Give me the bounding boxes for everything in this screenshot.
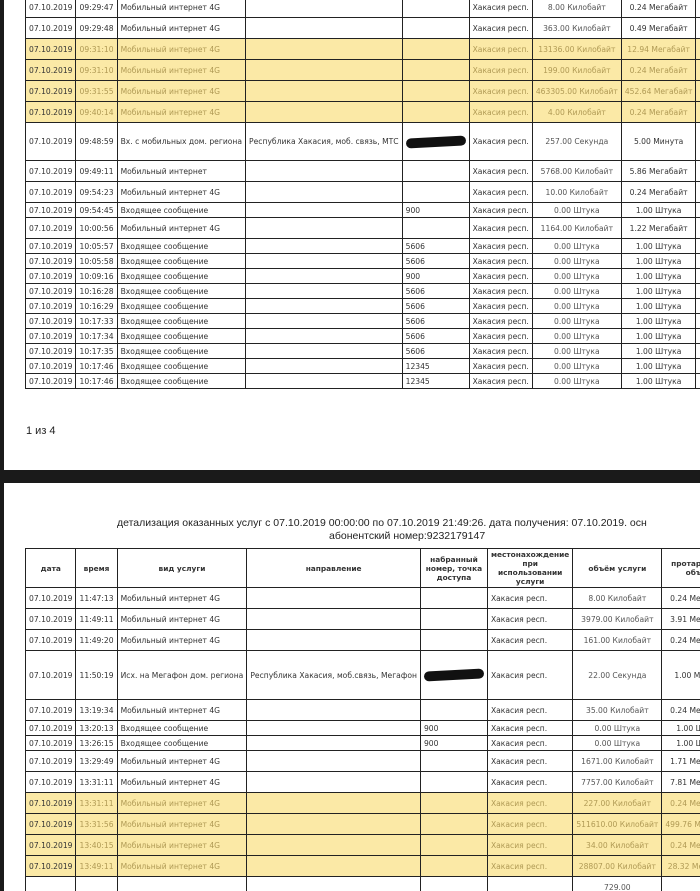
cell-volume: 199.00 Килобайт	[532, 60, 621, 81]
cell-service: Входящее сообщение	[117, 269, 245, 284]
cell-volume: 28807.00 Килобайт	[573, 856, 662, 877]
cell-location: Хакасия респ.	[487, 630, 572, 651]
cell-time: 10:17:46	[76, 359, 117, 374]
table-row: 07.10.201910:16:29Входящее сообщение5606…	[26, 299, 700, 314]
cell-time: 09:31:10	[76, 39, 117, 60]
billing-table-page-1: 07.10.201909:29:47Мобильный интернет 4GХ…	[25, 0, 700, 389]
header-time: время	[76, 549, 117, 588]
cell-extra	[696, 161, 700, 182]
cell-tariffed: 1.00 Штука	[621, 239, 696, 254]
cell-number	[420, 588, 487, 609]
cell-location: Хакасия респ.	[487, 856, 572, 877]
cell-location: Хакасия респ.	[487, 700, 572, 721]
cell-volume: 227.00 Килобайт	[573, 793, 662, 814]
cell-direction	[246, 60, 403, 81]
billing-page-2: детализация оказанных услуг с 07.10.2019…	[4, 483, 700, 891]
cell-location: Хакасия респ.	[469, 254, 532, 269]
cell-tariffed: 12.94 Мегабайт	[621, 39, 696, 60]
cell-extra	[696, 0, 700, 18]
cell-direction	[247, 772, 421, 793]
cell-direction	[246, 182, 403, 203]
cell-volume: 3979.00 Килобайт	[573, 609, 662, 630]
cell-time: 13:31:11	[76, 772, 117, 793]
cell-number	[420, 700, 487, 721]
cell-number	[420, 793, 487, 814]
cell-service: Мобильный интернет 4G	[117, 814, 247, 835]
cell-date: 07.10.2019	[26, 736, 76, 751]
cell-tariffed: 0.24 Мегабайт	[662, 588, 700, 609]
cell-volume: 0.00 Штука	[532, 344, 621, 359]
cell-date: 07.10.2019	[26, 123, 76, 161]
cell-service: Входящее сообщение	[117, 239, 245, 254]
cell-extra	[696, 218, 700, 239]
table-row: 07.10.201911:49:20Мобильный интернет 4GХ…	[26, 630, 700, 651]
cell-date: 07.10.2019	[26, 856, 76, 877]
cell-number: 5606	[402, 299, 469, 314]
page-counter: 1 из 4	[26, 425, 56, 437]
header-direction: направление	[247, 549, 421, 588]
cell-number: 12345	[402, 374, 469, 389]
cell-volume: 8.00 Килобайт	[573, 588, 662, 609]
cell-direction	[246, 359, 403, 374]
cell-number: 5606	[402, 314, 469, 329]
billing-page-1: 07.10.201909:29:47Мобильный интернет 4GХ…	[4, 0, 700, 470]
cell-location: Хакасия респ.	[469, 299, 532, 314]
cell-time: 10:05:57	[76, 239, 117, 254]
table-row: 07.10.201910:17:33Входящее сообщение5606…	[26, 314, 700, 329]
cell-direction	[246, 374, 403, 389]
cell-service: Вх. с мобильных дом. региона	[117, 123, 245, 161]
cell-number	[420, 877, 487, 891]
cell-location: Хакасия респ.	[469, 182, 532, 203]
cell-volume: 34.00 Килобайт	[573, 835, 662, 856]
cell-location: Хакасия респ.	[469, 81, 532, 102]
cell-volume: 1164.00 Килобайт	[532, 218, 621, 239]
cell-service: Входящее сообщение	[117, 344, 245, 359]
table-row: 07.10.201913:31:11Мобильный интернет 4GХ…	[26, 793, 700, 814]
cell-direction	[246, 102, 403, 123]
cell-tariffed: 1.00 Штука	[621, 269, 696, 284]
cell-time: 13:29:49	[76, 751, 117, 772]
cell-location: Хакасия респ.	[469, 329, 532, 344]
cell-direction	[247, 609, 421, 630]
cell-direction	[246, 344, 403, 359]
cell-date: 07.10.2019	[26, 835, 76, 856]
cell-time: 13:31:56	[76, 814, 117, 835]
cell-time: 09:40:14	[76, 102, 117, 123]
cell-number	[420, 609, 487, 630]
cell-service: Входящее сообщение	[117, 359, 245, 374]
cell-location: Хакасия респ.	[487, 814, 572, 835]
cell-time: 09:54:45	[76, 203, 117, 218]
cell-extra	[696, 123, 700, 161]
cell-number: 12345	[402, 359, 469, 374]
cell-service: Мобильный интернет 4G	[117, 39, 245, 60]
cell-extra	[696, 314, 700, 329]
cell-direction	[247, 793, 421, 814]
cell-time: 09:29:48	[76, 18, 117, 39]
cell-date: 07.10.2019	[26, 81, 76, 102]
cell-direction: Республика Хакасия, моб. связь, МТС	[246, 123, 403, 161]
cell-location: Хакасия респ.	[487, 835, 572, 856]
cell-time: 10:17:34	[76, 329, 117, 344]
cell-number: 5606	[402, 239, 469, 254]
cell-volume: 0.00 Штука	[532, 359, 621, 374]
cell-service: Мобильный интернет 4G	[117, 793, 247, 814]
cell-date: 07.10.2019	[26, 203, 76, 218]
cell-service: Мобильный интернет 4G	[117, 751, 247, 772]
cell-volume: 463305.00 Килобайт	[532, 81, 621, 102]
cell-tariffed: 5.86 Мегабайт	[621, 161, 696, 182]
table-row: 07.10.201910:05:58Входящее сообщение5606…	[26, 254, 700, 269]
cell-number: 5606	[402, 329, 469, 344]
cell-direction	[247, 751, 421, 772]
cell-direction	[247, 736, 421, 751]
cell-time: 09:29:47	[76, 0, 117, 18]
cell-number: 900	[402, 203, 469, 218]
cell-volume: 8.00 Килобайт	[532, 0, 621, 18]
cell-date: 07.10.2019	[26, 374, 76, 389]
cell-extra	[696, 239, 700, 254]
cell-time: 10:09:16	[76, 269, 117, 284]
cell-service: Мобильный интернет 4G	[117, 218, 245, 239]
table-row: 07.10.201909:29:48Мобильный интернет 4GХ…	[26, 18, 700, 39]
cell-extra	[696, 269, 700, 284]
cell-service: Мобильный интернет 4G	[117, 835, 247, 856]
cell-extra	[696, 299, 700, 314]
cell-date: 07.10.2019	[26, 239, 76, 254]
table-row: 07.10.201909:31:10Мобильный интернет 4GХ…	[26, 60, 700, 81]
cell-extra	[696, 344, 700, 359]
cell-time: 13:40:15	[76, 835, 117, 856]
cell-date: 07.10.2019	[26, 269, 76, 284]
cell-volume: 0.00 Штука	[532, 254, 621, 269]
cell-tariffed: 0.24 Мегабайт	[621, 102, 696, 123]
cell-tariffed: 0.24 Мегабайт	[662, 793, 700, 814]
table-row: 07.10.201909:31:55Мобильный интернет 4GХ…	[26, 81, 700, 102]
cell-tariffed: 5.00 Минута	[621, 123, 696, 161]
cell-service: Входящее сообщение	[117, 329, 245, 344]
cell-service: Входящее сообщение	[117, 736, 247, 751]
redacted-number-mark	[405, 135, 465, 148]
cell-volume: 0.00 Штука	[532, 284, 621, 299]
cell-location: Хакасия респ.	[469, 161, 532, 182]
cell-service: Входящее сообщение	[117, 284, 245, 299]
cell-date: 07.10.2019	[26, 700, 76, 721]
cell-location	[487, 877, 572, 891]
cell-date: 07.10.2019	[26, 721, 76, 736]
cell-location: Хакасия респ.	[487, 793, 572, 814]
cell-tariffed: 1.00 Штука	[662, 736, 700, 751]
table-row: 07.10.201913:19:34Мобильный интернет 4GХ…	[26, 700, 700, 721]
cell-tariffed: 0.24 Мегабайт	[621, 0, 696, 18]
cell-extra	[696, 254, 700, 269]
cell-volume: 257.00 Секунда	[532, 123, 621, 161]
table-row: 07.10.201910:17:46Входящее сообщение1234…	[26, 359, 700, 374]
cell-date: 07.10.2019	[26, 630, 76, 651]
cell-location: Хакасия респ.	[469, 344, 532, 359]
cell-time	[76, 877, 117, 891]
cell-service: Мобильный интернет 4G	[117, 630, 247, 651]
cell-direction	[247, 814, 421, 835]
document-title: детализация оказанных услуг с 07.10.2019…	[117, 517, 647, 529]
cell-direction: Республика Хакасия, моб.связь, Мегафон	[247, 651, 421, 700]
cell-extra	[696, 284, 700, 299]
cell-location: Хакасия респ.	[469, 18, 532, 39]
cell-direction	[247, 700, 421, 721]
cell-date: 07.10.2019	[26, 218, 76, 239]
cell-volume: 0.00 Штука	[532, 329, 621, 344]
cell-direction	[246, 161, 403, 182]
cell-volume: 0.00 Штука	[532, 239, 621, 254]
cell-tariffed: 1.00 Штука	[621, 203, 696, 218]
cell-service: Входящее сообщение	[117, 254, 245, 269]
table-row: 729.00	[26, 877, 700, 891]
cell-direction	[246, 39, 403, 60]
header-number: набранный номер, точка доступа	[420, 549, 487, 588]
cell-number	[420, 814, 487, 835]
cell-extra	[696, 203, 700, 218]
table-row: 07.10.201910:16:28Входящее сообщение5606…	[26, 284, 700, 299]
table-row: 07.10.201913:20:13Входящее сообщение900Х…	[26, 721, 700, 736]
table-row: 07.10.201911:47:13Мобильный интернет 4GХ…	[26, 588, 700, 609]
cell-volume: 4.00 Килобайт	[532, 102, 621, 123]
cell-direction	[246, 284, 403, 299]
cell-location: Хакасия респ.	[487, 588, 572, 609]
cell-service: Входящее сообщение	[117, 299, 245, 314]
cell-tariffed: 0.24 Мегабайт	[662, 700, 700, 721]
cell-location: Хакасия респ.	[469, 203, 532, 218]
table-row: 07.10.201913:26:15Входящее сообщение900Х…	[26, 736, 700, 751]
cell-time: 10:16:28	[76, 284, 117, 299]
cell-service: Мобильный интернет 4G	[117, 102, 245, 123]
cell-time: 09:31:55	[76, 81, 117, 102]
cell-number	[402, 218, 469, 239]
cell-volume: 35.00 Килобайт	[573, 700, 662, 721]
cell-tariffed: 1.71 Мегабайт	[662, 751, 700, 772]
cell-location: Хакасия респ.	[487, 721, 572, 736]
cell-date: 07.10.2019	[26, 0, 76, 18]
cell-date	[26, 877, 76, 891]
cell-number	[402, 18, 469, 39]
cell-date: 07.10.2019	[26, 102, 76, 123]
table-row: 07.10.201909:49:11Мобильный интернетХака…	[26, 161, 700, 182]
cell-direction	[246, 218, 403, 239]
table-row: 07.10.201910:17:34Входящее сообщение5606…	[26, 329, 700, 344]
cell-service: Мобильный интернет 4G	[117, 700, 247, 721]
cell-date: 07.10.2019	[26, 39, 76, 60]
cell-direction	[246, 0, 403, 18]
cell-location: Хакасия респ.	[469, 0, 532, 18]
cell-service	[117, 877, 247, 891]
cell-tariffed: 0.24 Мегабайт	[662, 835, 700, 856]
cell-time: 13:19:34	[76, 700, 117, 721]
cell-direction	[247, 877, 421, 891]
cell-time: 10:17:35	[76, 344, 117, 359]
cell-location: Хакасия респ.	[469, 359, 532, 374]
cell-service: Мобильный интернет 4G	[117, 18, 245, 39]
table-row: 07.10.201913:31:11Мобильный интернет 4GХ…	[26, 772, 700, 793]
cell-location: Хакасия респ.	[469, 314, 532, 329]
cell-number	[402, 60, 469, 81]
cell-direction	[246, 239, 403, 254]
table-row: 07.10.201909:29:47Мобильный интернет 4GХ…	[26, 0, 700, 18]
cell-volume: 363.00 Килобайт	[532, 18, 621, 39]
cell-tariffed: 1.00 Штука	[621, 374, 696, 389]
cell-time: 11:49:11	[76, 609, 117, 630]
table-row: 07.10.201910:17:35Входящее сообщение5606…	[26, 344, 700, 359]
cell-number	[420, 630, 487, 651]
cell-extra	[696, 329, 700, 344]
table-row: 07.10.201910:05:57Входящее сообщение5606…	[26, 239, 700, 254]
cell-direction	[247, 588, 421, 609]
cell-tariffed: 28.32 Мегабайт	[662, 856, 700, 877]
cell-location: Хакасия респ.	[469, 39, 532, 60]
cell-direction	[246, 299, 403, 314]
cell-time: 09:49:11	[76, 161, 117, 182]
cell-time: 10:05:58	[76, 254, 117, 269]
cell-number	[420, 835, 487, 856]
cell-direction	[247, 856, 421, 877]
table-row: 07.10.201909:31:10Мобильный интернет 4GХ…	[26, 39, 700, 60]
cell-number	[402, 102, 469, 123]
cell-volume: 7757.00 Килобайт	[573, 772, 662, 793]
cell-location: Хакасия респ.	[487, 651, 572, 700]
cell-location: Хакасия респ.	[469, 374, 532, 389]
cell-tariffed: 1.00 Минута	[662, 651, 700, 700]
table-row: 07.10.201911:49:11Мобильный интернет 4GХ…	[26, 609, 700, 630]
cell-location: Хакасия респ.	[469, 60, 532, 81]
cell-location: Хакасия респ.	[469, 218, 532, 239]
cell-time: 10:00:56	[76, 218, 117, 239]
cell-direction	[247, 630, 421, 651]
cell-service: Мобильный интернет 4G	[117, 856, 247, 877]
cell-tariffed: 3.91 Мегабайт	[662, 609, 700, 630]
cell-extra	[696, 182, 700, 203]
cell-date: 07.10.2019	[26, 299, 76, 314]
subscriber-number: абонентский номер:9232179147	[329, 530, 485, 542]
cell-tariffed	[662, 877, 700, 891]
cell-time: 11:50:19	[76, 651, 117, 700]
cell-direction	[246, 254, 403, 269]
table-row: 07.10.201910:09:16Входящее сообщение900Х…	[26, 269, 700, 284]
table-row: 07.10.201913:29:49Мобильный интернет 4GХ…	[26, 751, 700, 772]
cell-date: 07.10.2019	[26, 359, 76, 374]
cell-direction	[246, 18, 403, 39]
cell-number: 900	[420, 736, 487, 751]
cell-volume: 0.00 Штука	[573, 721, 662, 736]
cell-service: Мобильный интернет 4G	[117, 609, 247, 630]
table-row: 07.10.201913:40:15Мобильный интернет 4GХ…	[26, 835, 700, 856]
header-volume: объём услуги	[573, 549, 662, 588]
table-row: 07.10.201910:00:56Мобильный интернет 4GХ…	[26, 218, 700, 239]
cell-time: 11:49:20	[76, 630, 117, 651]
cell-number	[402, 182, 469, 203]
cell-volume: 511610.00 Килобайт	[573, 814, 662, 835]
cell-time: 13:31:11	[76, 793, 117, 814]
cell-direction	[246, 329, 403, 344]
cell-location: Хакасия респ.	[487, 751, 572, 772]
cell-tariffed: 7.81 Мегабайт	[662, 772, 700, 793]
cell-service: Мобильный интернет	[117, 161, 245, 182]
cell-time: 10:17:33	[76, 314, 117, 329]
cell-service: Входящее сообщение	[117, 203, 245, 218]
cell-volume: 0.00 Штука	[573, 736, 662, 751]
cell-date: 07.10.2019	[26, 18, 76, 39]
header-location: местонахождение при использовании услуги	[487, 549, 572, 588]
cell-location: Хакасия респ.	[469, 269, 532, 284]
cell-number	[420, 856, 487, 877]
cell-service: Исх. на Мегафон дом. региона	[117, 651, 247, 700]
header-service: вид услуги	[117, 549, 247, 588]
table-row: 07.10.201909:48:59Вх. с мобильных дом. р…	[26, 123, 700, 161]
table-row: 07.10.201910:17:46Входящее сообщение1234…	[26, 374, 700, 389]
cell-tariffed: 1.00 Штука	[621, 359, 696, 374]
cell-extra	[696, 374, 700, 389]
cell-volume: 22.00 Секунда	[573, 651, 662, 700]
cell-tariffed: 1.00 Штука	[621, 284, 696, 299]
cell-service: Мобильный интернет 4G	[117, 0, 245, 18]
cell-service: Мобильный интернет 4G	[117, 81, 245, 102]
cell-service: Входящее сообщение	[117, 374, 245, 389]
cell-location: Хакасия респ.	[469, 102, 532, 123]
cell-number: 5606	[402, 284, 469, 299]
cell-tariffed: 0.24 Мегабайт	[621, 182, 696, 203]
cell-tariffed: 0.24 Мегабайт	[621, 60, 696, 81]
cell-time: 09:54:23	[76, 182, 117, 203]
cell-location: Хакасия респ.	[469, 123, 532, 161]
cell-volume: 10.00 Килобайт	[532, 182, 621, 203]
cell-direction	[246, 269, 403, 284]
cell-volume: 0.00 Штука	[532, 374, 621, 389]
cell-tariffed: 1.00 Штука	[662, 721, 700, 736]
cell-date: 07.10.2019	[26, 284, 76, 299]
cell-date: 07.10.2019	[26, 314, 76, 329]
cell-number	[420, 651, 487, 700]
cell-volume: 0.00 Штука	[532, 269, 621, 284]
cell-date: 07.10.2019	[26, 772, 76, 793]
table-row: 07.10.201909:54:45Входящее сообщение900Х…	[26, 203, 700, 218]
cell-location: Хакасия респ.	[487, 736, 572, 751]
cell-volume: 1671.00 Килобайт	[573, 751, 662, 772]
cell-time: 09:31:10	[76, 60, 117, 81]
cell-number	[402, 81, 469, 102]
cell-volume: 13136.00 Килобайт	[532, 39, 621, 60]
cell-time: 10:17:46	[76, 374, 117, 389]
table-row: 07.10.201911:50:19Исх. на Мегафон дом. р…	[26, 651, 700, 700]
cell-time: 13:26:15	[76, 736, 117, 751]
cell-tariffed: 1.00 Штука	[621, 254, 696, 269]
cell-date: 07.10.2019	[26, 793, 76, 814]
cell-volume: 729.00	[573, 877, 662, 891]
cell-location: Хакасия респ.	[487, 609, 572, 630]
cell-extra	[696, 18, 700, 39]
cell-location: Хакасия респ.	[469, 284, 532, 299]
cell-time: 13:20:13	[76, 721, 117, 736]
cell-number	[420, 751, 487, 772]
cell-tariffed: 1.00 Штука	[621, 299, 696, 314]
redacted-number-mark	[424, 668, 484, 681]
table-row: 07.10.201913:49:11Мобильный интернет 4GХ…	[26, 856, 700, 877]
cell-extra	[696, 39, 700, 60]
header-tariffed: протарифиц. объём	[662, 549, 700, 588]
cell-time: 10:16:29	[76, 299, 117, 314]
cell-tariffed: 1.22 Мегабайт	[621, 218, 696, 239]
cell-location: Хакасия респ.	[487, 772, 572, 793]
cell-tariffed: 452.64 Мегабайт	[621, 81, 696, 102]
cell-number	[402, 161, 469, 182]
cell-date: 07.10.2019	[26, 344, 76, 359]
